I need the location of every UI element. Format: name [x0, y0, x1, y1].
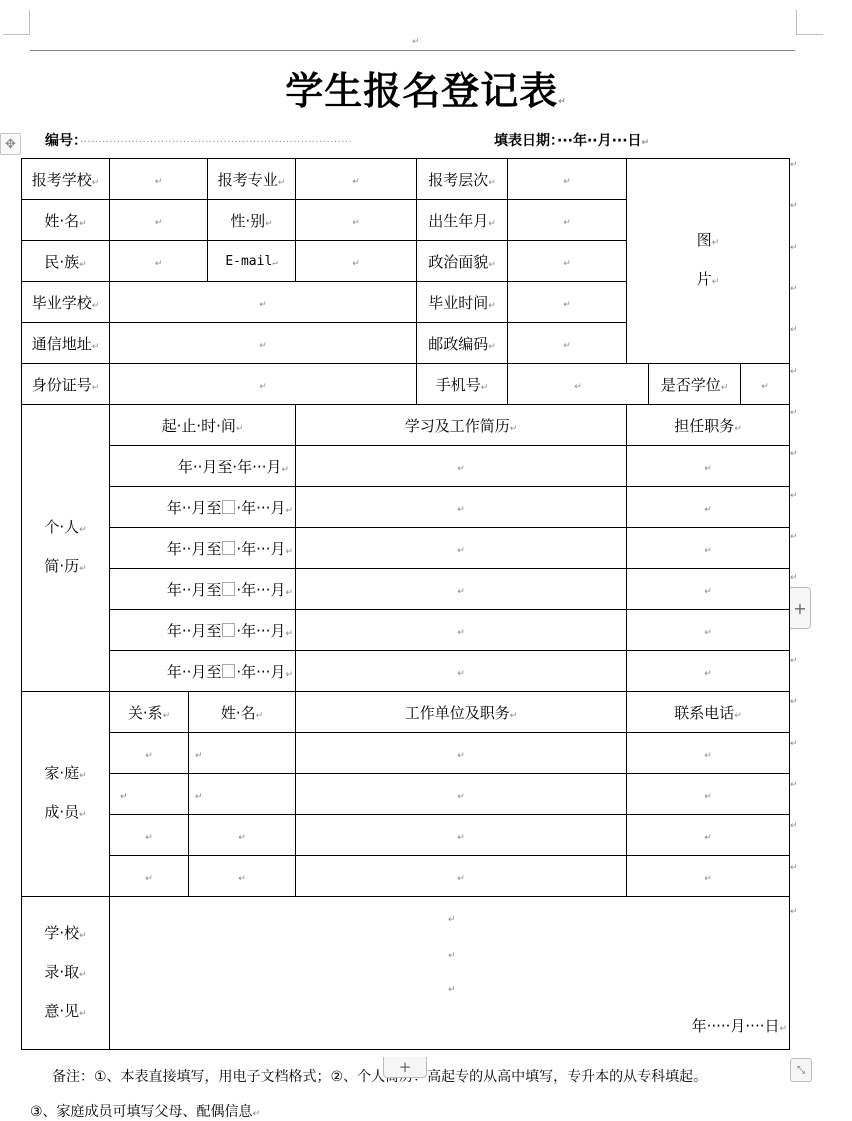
- birth-label: 出生年月↵: [417, 200, 508, 241]
- col-work-header: 工作单位及职务↵: [296, 692, 627, 733]
- political-input[interactable]: ↵: [508, 241, 627, 282]
- resume-history-cell[interactable]: ↵: [296, 446, 627, 487]
- degree-input[interactable]: ↵: [741, 364, 790, 405]
- ethnicity-label: 民·族↵: [22, 241, 110, 282]
- note-line-2: ③、家庭成员可填写父母、配偶信息↵: [30, 1101, 260, 1121]
- col-position-header: 担任职务↵: [627, 405, 790, 446]
- resume-position-cell[interactable]: ↵: [627, 528, 790, 569]
- resume-history-cell[interactable]: ↵: [296, 610, 627, 651]
- grad-school-label: 毕业学校↵: [22, 282, 110, 323]
- page-corner-top-right: [796, 10, 823, 35]
- add-row-button[interactable]: +: [790, 587, 811, 629]
- family-name-cell[interactable]: ↵: [189, 856, 296, 897]
- registration-table: 报考学校↵ ↵ 报考专业↵ ↵ 报考层次↵ ↵ 图↵ 片↵ 姓·名↵ ↵ 性·别…: [21, 158, 790, 1050]
- resume-period-cell[interactable]: 年··月至·年···月↵: [110, 610, 296, 651]
- table-row: 家·庭↵ 成·员↵ 关·系↵ 姓·名↵ 工作单位及职务↵ 联系电话↵: [22, 692, 790, 733]
- resume-history-cell[interactable]: ↵: [296, 569, 627, 610]
- resume-period-cell[interactable]: 年··月至·年···月↵: [110, 446, 296, 487]
- header-divider: [30, 50, 795, 51]
- add-column-button[interactable]: +: [383, 1057, 427, 1078]
- gender-input[interactable]: ↵: [296, 200, 417, 241]
- phone-input[interactable]: ↵: [508, 364, 649, 405]
- family-relation-cell[interactable]: ↵: [110, 733, 189, 774]
- family-phone-cell[interactable]: ↵: [627, 774, 790, 815]
- address-label: 通信地址↵: [22, 323, 110, 364]
- fill-date-field[interactable]: 填表日期：···年··月···日↵: [494, 130, 649, 150]
- table-resize-handle[interactable]: ⤡: [790, 1058, 812, 1082]
- resume-position-cell[interactable]: ↵: [627, 610, 790, 651]
- plus-icon: +: [399, 1058, 412, 1076]
- family-name-cell[interactable]: ↵: [189, 774, 296, 815]
- resume-period-cell[interactable]: 年··月至·年···月↵: [110, 569, 296, 610]
- family-work-cell[interactable]: ↵: [296, 856, 627, 897]
- table-row: ↵ ↵ ↵ ↵: [22, 774, 790, 815]
- resume-history-cell[interactable]: ↵: [296, 651, 627, 692]
- resume-period-cell[interactable]: 年··月至·年···月↵: [110, 528, 296, 569]
- birth-input[interactable]: ↵: [508, 200, 627, 241]
- apply-school-input[interactable]: ↵: [110, 159, 208, 200]
- postal-label: 邮政编码↵: [417, 323, 508, 364]
- apply-level-input[interactable]: ↵: [508, 159, 627, 200]
- id-input[interactable]: ↵: [110, 364, 417, 405]
- family-relation-cell[interactable]: ↵: [110, 856, 189, 897]
- resume-position-cell[interactable]: ↵: [627, 487, 790, 528]
- resume-position-cell[interactable]: ↵: [627, 569, 790, 610]
- resume-history-cell[interactable]: ↵: [296, 528, 627, 569]
- apply-major-label: 报考专业↵: [208, 159, 296, 200]
- apply-level-label: 报考层次↵: [417, 159, 508, 200]
- resume-period-cell[interactable]: 年··月至·年···月↵: [110, 487, 296, 528]
- note-line-1: 备注：①、本表直接填写，用电子文档格式；②、个人简历：高起专的从高中填写，专升本…: [52, 1066, 707, 1086]
- admission-date: 年·····月····日↵: [692, 1015, 787, 1036]
- table-row: 个·人↵ 简·历↵ 起·止·时·间↵ 学习及工作简历↵ 担任职务↵: [22, 405, 790, 446]
- resume-period-cell[interactable]: 年··月至·年···月↵: [110, 651, 296, 692]
- number-dots: ········································…: [80, 137, 352, 148]
- ethnicity-input[interactable]: ↵: [110, 241, 208, 282]
- apply-school-label: 报考学校↵: [22, 159, 110, 200]
- table-row: 年··月至·年···月↵ ↵ ↵: [22, 569, 790, 610]
- family-phone-cell[interactable]: ↵: [627, 815, 790, 856]
- table-row: 年··月至·年···月↵ ↵ ↵: [22, 528, 790, 569]
- table-row: 年··月至·年···月↵ ↵ ↵: [22, 610, 790, 651]
- col-contact-header: 联系电话↵: [627, 692, 790, 733]
- resume-position-cell[interactable]: ↵: [627, 446, 790, 487]
- col-relation-header: 关·系↵: [110, 692, 189, 733]
- header-paragraph-mark: ↵: [412, 37, 420, 47]
- email-label: E-mail↵: [208, 241, 296, 282]
- table-row: 年··月至·年···月↵ ↵ ↵: [22, 487, 790, 528]
- table-row: ↵ ↵ ↵ ↵: [22, 815, 790, 856]
- family-relation-cell[interactable]: ↵: [110, 815, 189, 856]
- family-relation-cell[interactable]: ↵: [110, 774, 189, 815]
- table-row: 报考学校↵ ↵ 报考专业↵ ↵ 报考层次↵ ↵ 图↵ 片↵: [22, 159, 790, 200]
- page-corner-top-left: [3, 10, 30, 35]
- grad-time-label: 毕业时间↵: [417, 282, 508, 323]
- address-input[interactable]: ↵: [110, 323, 417, 364]
- table-row: 身份证号↵ ↵ 手机号↵ ↵ 是否学位↵ ↵: [22, 364, 790, 405]
- fill-date-label: 填表日期：: [494, 133, 557, 149]
- email-input[interactable]: ↵: [296, 241, 417, 282]
- resume-position-cell[interactable]: ↵: [627, 651, 790, 692]
- gender-label: 性·别↵: [208, 200, 296, 241]
- table-row: ↵ ↵ ↵ ↵: [22, 856, 790, 897]
- political-label: 政治面貌↵: [417, 241, 508, 282]
- family-phone-cell[interactable]: ↵: [627, 856, 790, 897]
- admission-section-label: 学·校↵ 录·取↵ 意·见↵: [22, 897, 110, 1050]
- photo-label-2: 片↵: [627, 261, 789, 300]
- number-field[interactable]: 编号：·····································…: [45, 130, 352, 150]
- family-phone-cell[interactable]: ↵: [627, 733, 790, 774]
- degree-label: 是否学位↵: [649, 364, 741, 405]
- admission-opinion-cell[interactable]: ↵ ↵ ↵ 年·····月····日↵: [110, 897, 790, 1050]
- table-move-handle[interactable]: ✥: [0, 133, 21, 155]
- family-section-label: 家·庭↵ 成·员↵: [22, 692, 110, 897]
- grad-time-input[interactable]: ↵: [508, 282, 627, 323]
- name-input[interactable]: ↵: [110, 200, 208, 241]
- photo-label-1: 图↵: [627, 222, 789, 261]
- photo-cell[interactable]: 图↵ 片↵: [627, 159, 790, 364]
- col-history-header: 学习及工作简历↵: [296, 405, 627, 446]
- move-icon: ✥: [5, 137, 16, 152]
- resume-history-cell[interactable]: ↵: [296, 487, 627, 528]
- page-title: 学生报名登记表↵: [0, 60, 852, 115]
- family-work-cell[interactable]: ↵: [296, 774, 627, 815]
- resize-icon: ⤡: [797, 1065, 805, 1076]
- fill-date-value: ···年··月···日: [557, 133, 642, 149]
- plus-icon: +: [793, 599, 806, 618]
- family-work-cell[interactable]: ↵: [296, 815, 627, 856]
- name-label: 姓·名↵: [22, 200, 110, 241]
- resume-section-label: 个·人↵ 简·历↵: [22, 405, 110, 692]
- family-work-cell[interactable]: ↵: [296, 733, 627, 774]
- number-label: 编号：: [45, 133, 80, 149]
- family-name-cell[interactable]: ↵: [189, 733, 296, 774]
- table-row: 学·校↵ 录·取↵ 意·见↵ ↵ ↵ ↵ 年·····月····日↵: [22, 897, 790, 1050]
- id-label: 身份证号↵: [22, 364, 110, 405]
- col-family-name-header: 姓·名↵: [189, 692, 296, 733]
- family-name-cell[interactable]: ↵: [189, 815, 296, 856]
- postal-input[interactable]: ↵: [508, 323, 627, 364]
- phone-label: 手机号↵: [417, 364, 508, 405]
- table-row: ↵ ↵ ↵ ↵: [22, 733, 790, 774]
- grad-school-input[interactable]: ↵: [110, 282, 417, 323]
- apply-major-input[interactable]: ↵: [296, 159, 417, 200]
- table-row: 年··月至·年···月↵ ↵ ↵: [22, 446, 790, 487]
- table-row: 年··月至·年···月↵ ↵ ↵: [22, 651, 790, 692]
- col-period-header: 起·止·时·间↵: [110, 405, 296, 446]
